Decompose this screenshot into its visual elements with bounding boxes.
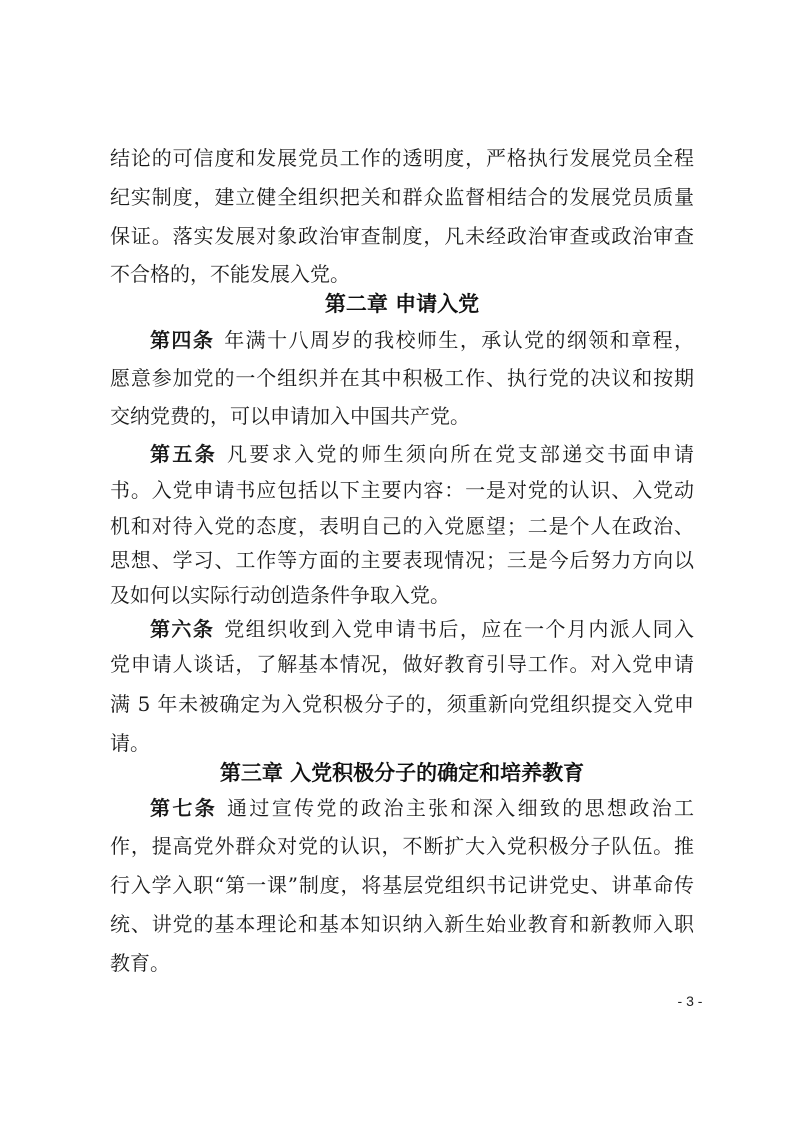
text-line: 凡要求入党的师生须向所在党支部递交书面申请 — [227, 442, 694, 466]
text-line: 交纳党费的，可以申请加入中国共产党。 — [110, 404, 694, 428]
text-line: 机和对待入党的态度，表明自己的入党愿望；二是个人在政治、 — [110, 514, 694, 538]
text-line: 满 5 年未被确定为入党积极分子的，须重新向党组织提交入党申 — [110, 692, 694, 716]
text-line: 书。入党申请书应包括以下主要内容：一是对党的认识、入党动 — [110, 478, 694, 502]
text-line: 行入学入职“第一课”制度，将基层党组织书记讲党史、讲革命传 — [110, 873, 694, 897]
text-line: 请。 — [110, 731, 694, 755]
text-line: 保证。落实发展对象政治审查制度，凡未经政治审查或政治审查 — [110, 224, 694, 248]
chapter-heading: 第三章 入党积极分子的确定和培养教育 — [110, 760, 694, 786]
text-line: 通过宣传党的政治主张和深入细致的思想政治工 — [227, 796, 694, 820]
text-line: 统、讲党的基本理论和基本知识纳入新生始业教育和新教师入职 — [110, 912, 694, 936]
chapter-heading: 第二章 申请入党 — [110, 291, 694, 317]
text-line: 不合格的，不能发展入党。 — [110, 262, 694, 286]
text-line: 教育。 — [110, 951, 694, 975]
page-number: - 3 - — [660, 993, 720, 1009]
article-label: 第六条 — [150, 617, 214, 641]
text-line: 及如何以实际行动创造条件争取入党。 — [110, 583, 694, 607]
text-line: 作，提高党外群众对党的认识，不断扩大入党积极分子队伍。推 — [110, 834, 694, 858]
article-first-line: 第五条凡要求入党的师生须向所在党支部递交书面申请 — [110, 442, 694, 466]
text-line: 愿意参加党的一个组织并在其中积极工作、执行党的决议和按期 — [110, 366, 694, 390]
article-first-line: 第四条年满十八周岁的我校师生，承认党的纲领和章程， — [110, 328, 694, 352]
article-label: 第四条 — [150, 328, 214, 352]
article-label: 第五条 — [150, 442, 217, 466]
text-line: 党组织收到入党申请书后，应在一个月内派人同入 — [224, 617, 694, 641]
text-line: 党申请人谈话，了解基本情况，做好教育引导工作。对入党申请 — [110, 652, 694, 676]
article-first-line: 第六条党组织收到入党申请书后，应在一个月内派人同入 — [110, 617, 694, 641]
document-page: 结论的可信度和发展党员工作的透明度，严格执行发展党员全程 纪实制度，建立健全组织… — [0, 0, 794, 1123]
text-line: 思想、学习、工作等方面的主要表现情况；三是今后努力方向以 — [110, 548, 694, 572]
text-line: 年满十八周岁的我校师生，承认党的纲领和章程， — [224, 328, 694, 352]
article-label: 第七条 — [150, 796, 217, 820]
text-line: 结论的可信度和发展党员工作的透明度，严格执行发展党员全程 — [110, 146, 694, 170]
text-line: 纪实制度，建立健全组织把关和群众监督相结合的发展党员质量 — [110, 185, 694, 209]
article-first-line: 第七条通过宣传党的政治主张和深入细致的思想政治工 — [110, 796, 694, 820]
